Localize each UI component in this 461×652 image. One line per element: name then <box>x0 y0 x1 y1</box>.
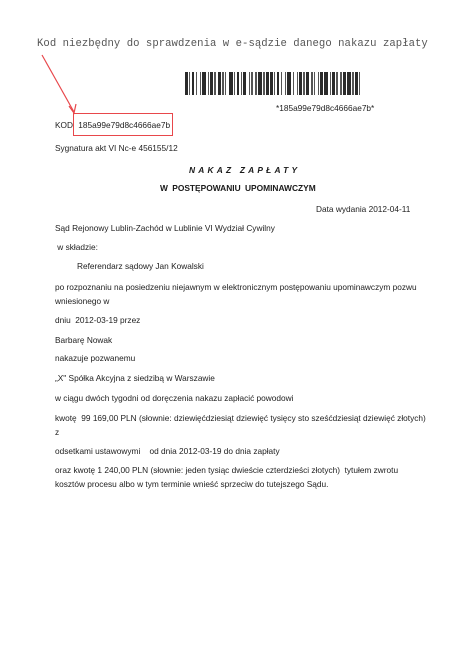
procedure-line-1: po rozpoznaniu na posiedzeniu niejawnym … <box>55 280 417 294</box>
kod-line: KOD 185a99e79d8c4666ae7b <box>55 118 170 132</box>
court-name: Sąd Rejonowy Lublin-Zachód w Lublinie VI… <box>55 221 275 235</box>
costs-line-2: kosztów procesu albo w tym terminie wnie… <box>55 477 328 491</box>
barcode <box>185 72 363 95</box>
procedure-line-2: wniesionego w <box>55 294 109 308</box>
document-subtitle: W POSTĘPOWANIU UPOMINAWCZYM <box>160 183 316 193</box>
composition-label: w składzie: <box>55 240 98 254</box>
issue-date: Data wydania 2012-04-11 <box>316 202 410 216</box>
judge-name: Referendarz sądowy Jan Kowalski <box>77 259 204 273</box>
kod-label: KOD <box>55 120 73 130</box>
plaintiff-name: Barbarę Nowak <box>55 333 112 347</box>
kod-value: 185a99e79d8c4666ae7b <box>78 120 170 130</box>
defendant-name: „X" Spółka Akcyjna z siedzibą w Warszawi… <box>55 371 215 385</box>
amount-line-2: z <box>55 425 59 439</box>
amount-line-1: kwotę 99 169,00 PLN (słownie: dziewięćdz… <box>55 411 426 425</box>
interest-line: odsetkami ustawowymi od dnia 2012-03-19 … <box>55 444 280 458</box>
filed-date: dniu 2012-03-19 przez <box>55 313 140 327</box>
annotation-note: Kod niezbędny do sprawdzenia w e-sądzie … <box>37 38 428 50</box>
costs-line-1: oraz kwotę 1 240,00 PLN (słownie: jeden … <box>55 463 398 477</box>
barcode-text: *185a99e79d8c4666ae7b* <box>276 103 374 113</box>
orders-label: nakazuje pozwanemu <box>55 351 135 365</box>
payment-deadline: w ciągu dwóch tygodni od doręczenia naka… <box>55 391 293 405</box>
document-title: NAKAZ ZAPŁATY <box>189 165 300 175</box>
case-signature: Sygnatura akt VI Nc-e 456155/12 <box>55 141 178 155</box>
